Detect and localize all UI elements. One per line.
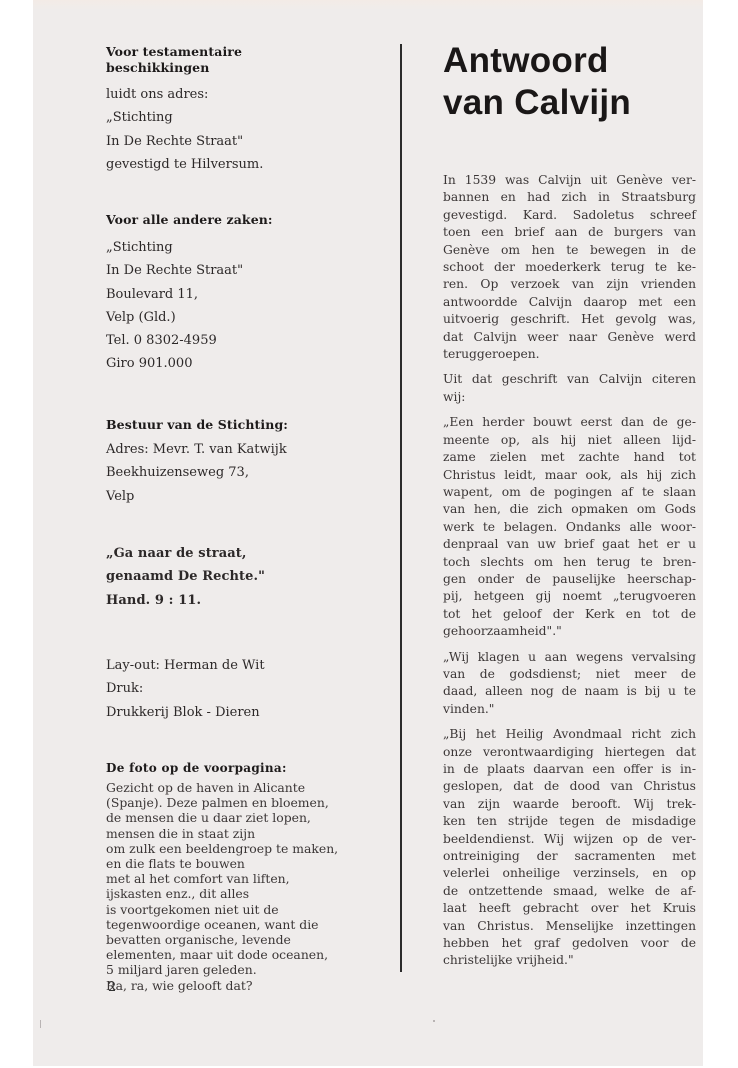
article-line: laat heeft gebracht over het Kruis	[443, 900, 696, 917]
article-line: onze verontwaardiging hiertegen dat	[443, 744, 696, 761]
board-address-line: Velp	[106, 485, 288, 508]
testament-line: luidt ons adres:	[106, 83, 263, 106]
article-line: christelijke vrijheid."	[443, 952, 696, 969]
article-title-line-1: Antwoord	[443, 40, 631, 82]
address-line: „Stichting	[106, 236, 273, 259]
article-line: daad, alleen nog de naam is bij u te	[443, 683, 696, 700]
article-line: gevestigd. Kard. Sadoletus schreef	[443, 207, 696, 224]
article-line: schoot der moederkerk terug te ke-	[443, 259, 696, 276]
article-paragraph: „Een herder bouwt eerst dan de ge-meente…	[443, 414, 696, 640]
board-section: Bestuur van de Stichting: Adres: Mevr. T…	[106, 415, 288, 508]
article-line: In 1539 was Calvijn uit Genève ver-	[443, 172, 696, 189]
article-line: van hen, die zich opmaken om Gods	[443, 501, 696, 518]
article-line: bannen en had zich in Straatsburg	[443, 189, 696, 206]
scripture-quote: „Ga naar de straat, genaamd De Rechte." …	[106, 542, 265, 612]
article-body: In 1539 was Calvijn uit Genève ver-banne…	[443, 172, 696, 978]
article-line: pij, hetgeen gij noemt „terugvoeren	[443, 588, 696, 605]
testament-section: Voor testamentaire beschikkingen luidt o…	[106, 44, 263, 176]
article-line: „Een herder bouwt eerst dan de ge-	[443, 414, 696, 431]
article-title-line-2: van Calvijn	[443, 82, 631, 124]
credits-section: Lay-out: Herman de Wit Druk: Drukkerij B…	[106, 654, 265, 724]
testament-line: „Stichting	[106, 106, 263, 129]
cover-photo-caption: Gezicht op de haven in Alicante (Spanje)…	[106, 780, 338, 993]
page-number: 2	[108, 980, 116, 995]
article-line: antwoordde Calvijn daarop met een	[443, 294, 696, 311]
article-line: tot het geloof der Kerk en tot de	[443, 606, 696, 623]
print-speck	[40, 1020, 41, 1028]
article-line: vinden."	[443, 701, 696, 718]
column-divider	[400, 44, 402, 972]
cover-photo-heading: De foto op de voorpagina:	[106, 759, 338, 777]
article-line: teruggeroepen.	[443, 346, 696, 363]
quote-line: genaamd De Rechte."	[106, 565, 265, 588]
testament-line: gevestigd te Hilversum.	[106, 153, 263, 176]
cover-photo-section: De foto op de voorpagina: Gezicht op de …	[106, 759, 338, 993]
article-line: toch slechts om hen terug te bren-	[443, 554, 696, 571]
article-line: toen een brief aan de burgers van	[443, 224, 696, 241]
article-line: dat Calvijn weer naar Genève werd	[443, 329, 696, 346]
printer-credit: Drukkerij Blok - Dieren	[106, 701, 265, 724]
article-line: „Wij klagen u aan wegens vervalsing	[443, 649, 696, 666]
article-line: denpraal van uw brief gaat het er u	[443, 536, 696, 553]
article-line: zame zielen met zachte hand tot	[443, 449, 696, 466]
other-matters-section: Voor alle andere zaken: „Stichting In De…	[106, 210, 273, 376]
article-line: van de godsdienst; niet meer de	[443, 666, 696, 683]
quote-reference: Hand. 9 : 11.	[106, 589, 265, 612]
article-line: meente op, als hij niet alleen lijd-	[443, 432, 696, 449]
article-line: wapent, om de pogingen af te slaan	[443, 484, 696, 501]
phone-line: Tel. 0 8302-4959	[106, 329, 273, 352]
article-line: in de plaats daarvan een offer is in-	[443, 761, 696, 778]
article-line: hebben het graf gedolven voor de	[443, 935, 696, 952]
article-line: velerlei onheilige verzinsels, en op	[443, 865, 696, 882]
page-edge-tint	[33, 0, 703, 10]
article-line: werk te belagen. Ondanks alle woor-	[443, 519, 696, 536]
board-address-line: Beekhuizenseweg 73,	[106, 461, 288, 484]
article-line: van zijn waarde berooft. Wij trek-	[443, 796, 696, 813]
print-speck	[433, 1020, 435, 1022]
testament-heading-line-2: beschikkingen	[106, 60, 263, 76]
layout-credit: Lay-out: Herman de Wit	[106, 654, 265, 677]
article-line: Genève om hen te bewegen in de	[443, 242, 696, 259]
article-title: Antwoord van Calvijn	[443, 40, 631, 124]
print-label: Druk:	[106, 677, 265, 700]
article-line: ontreiniging der sacramenten met	[443, 848, 696, 865]
address-line: In De Rechte Straat"	[106, 259, 273, 282]
article-line: gen onder de pauselijke heerschap-	[443, 571, 696, 588]
article-line: Christus leidt, maar ook, als hij zich	[443, 467, 696, 484]
article-line: gehoorzaamheid"."	[443, 623, 696, 640]
article-line: beeldendienst. Wij wijzen op de ver-	[443, 831, 696, 848]
giro-line: Giro 901.000	[106, 352, 273, 375]
article-line: wij:	[443, 389, 696, 406]
article-line: uitvoerig geschrift. Het gevolg was,	[443, 311, 696, 328]
article-paragraph: „Wij klagen u aan wegens vervalsingvan d…	[443, 649, 696, 719]
board-heading: Bestuur van de Stichting:	[106, 415, 288, 435]
article-line: van Christus. Menselijke inzettingen	[443, 918, 696, 935]
article-paragraph: Uit dat geschrift van Calvijn citerenwij…	[443, 371, 696, 406]
article-line: Uit dat geschrift van Calvijn citeren	[443, 371, 696, 388]
testament-heading-line-1: Voor testamentaire	[106, 44, 263, 60]
article-line: ren. Op verzoek van zijn vrienden	[443, 276, 696, 293]
board-address-line: Adres: Mevr. T. van Katwijk	[106, 438, 288, 461]
other-matters-heading: Voor alle andere zaken:	[106, 210, 273, 230]
article-line: „Bij het Heilig Avondmaal richt zich	[443, 726, 696, 743]
article-line: ken ten strijde tegen de misdadige	[443, 813, 696, 830]
address-line: Velp (Gld.)	[106, 306, 273, 329]
article-line: de ontzettende smaad, welke de af-	[443, 883, 696, 900]
address-line: Boulevard 11,	[106, 283, 273, 306]
testament-line: In De Rechte Straat"	[106, 130, 263, 153]
article-paragraph: In 1539 was Calvijn uit Genève ver-banne…	[443, 172, 696, 363]
quote-line: „Ga naar de straat,	[106, 542, 265, 565]
article-line: geslopen, dat de dood van Christus	[443, 778, 696, 795]
article-paragraph: „Bij het Heilig Avondmaal richt zichonze…	[443, 726, 696, 970]
